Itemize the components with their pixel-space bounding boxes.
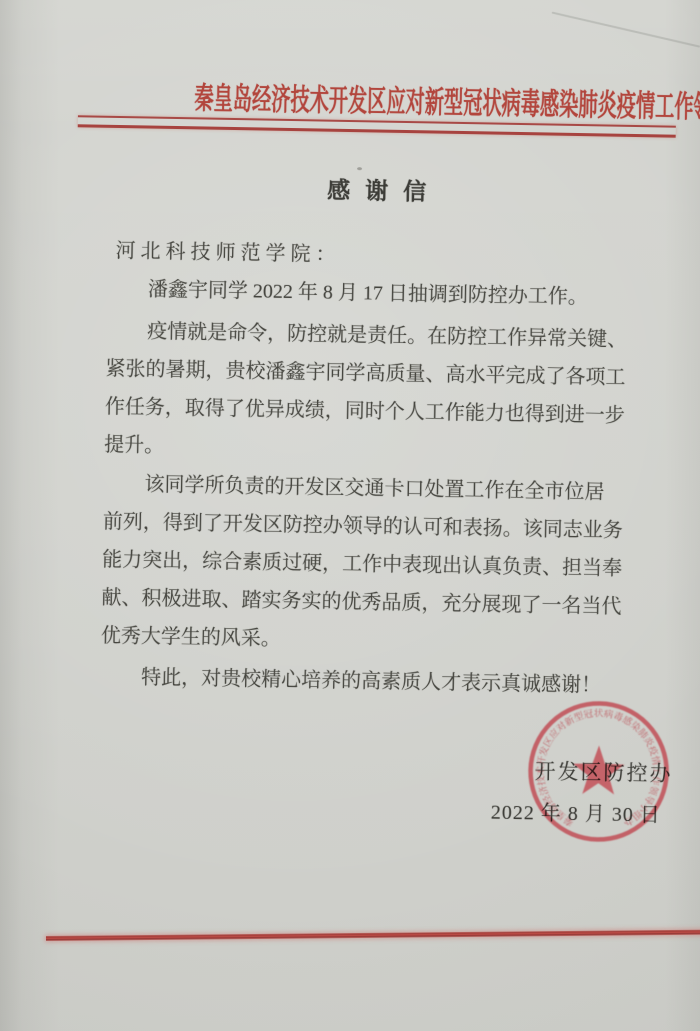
photo-background: { "letter": { "letterhead_office": "秦皇岛经…: [0, 0, 700, 1031]
body-line: 潘鑫宇同学 2022 年 8 月 17 日抽调到防控办工作。: [107, 270, 628, 317]
paper-edge-shadow: [552, 12, 700, 48]
seal-star-icon: [572, 745, 624, 795]
paragraph-3: 该同学所负责的开发区交通卡口处置工作在全市位居 前列，得到了开发区防控办领导的认…: [101, 465, 624, 664]
paragraph-2: 疫情就是命令，防控就是责任。在防控工作异常关键、 紧张的暑期，贵校潘鑫宇同学高质…: [104, 312, 627, 473]
letter-body: 河北科技师范学院： 潘鑫宇同学 2022 年 8 月 17 日抽调到防控办工作。…: [100, 232, 628, 705]
official-seal-stamp: 秦皇岛经济技术开发区应对新型冠状病毒感染肺炎疫情工作领导小组办公室: [521, 694, 676, 849]
paper-speck: [357, 167, 362, 170]
letter-title: 感谢信: [26, 166, 700, 211]
letter-document: 秦皇岛经济技术开发区应对新型冠状病毒感染肺炎疫情工作领导小组办公室 感谢信 河北…: [0, 0, 700, 1031]
